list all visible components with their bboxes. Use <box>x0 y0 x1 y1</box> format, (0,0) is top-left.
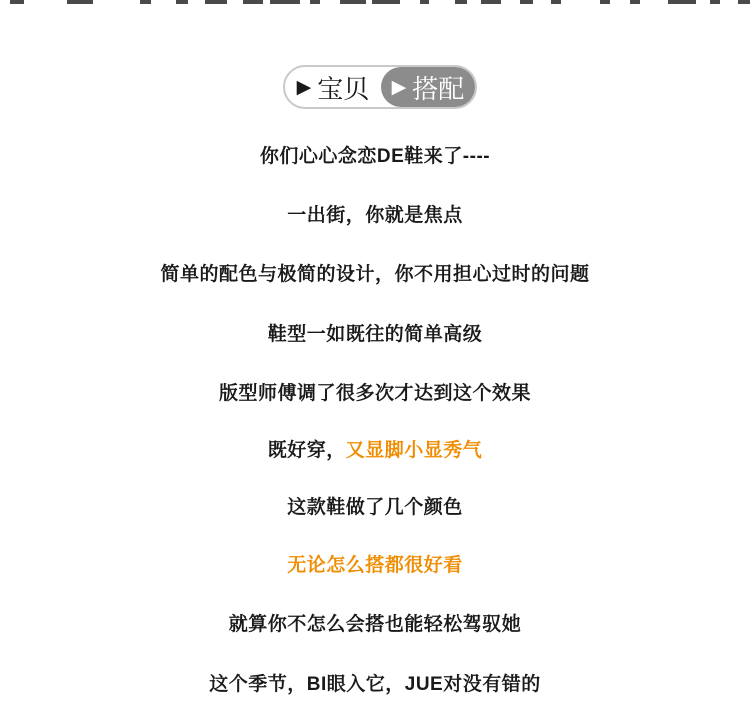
promo-line-2: 一出街，你就是焦点 <box>0 204 750 228</box>
crop-mark <box>67 0 93 4</box>
crop-mark <box>176 0 188 4</box>
promo-line-4: 鞋型一如既往的简单高级 <box>0 323 750 347</box>
crop-mark <box>551 0 561 4</box>
crop-mark <box>630 0 640 4</box>
crop-mark <box>310 0 320 4</box>
tab-dapei-label: 搭配 <box>412 69 464 106</box>
tab-baobei-label: 宝贝 <box>317 69 369 106</box>
crop-mark <box>668 0 696 4</box>
crop-mark <box>420 0 429 4</box>
crop-mark <box>481 0 501 4</box>
promo-line-7: 这款鞋做了几个颜色 <box>0 496 750 520</box>
promo-line-6: 既好穿，又显脚小显秀气 <box>0 439 750 463</box>
crop-mark <box>710 0 720 4</box>
crop-mark <box>600 0 610 4</box>
product-detail-tab-bar: ▶ 宝贝 ▶ 搭配 <box>283 65 477 109</box>
crop-mark <box>205 0 227 4</box>
promo-line-8: 无论怎么搭都很好看 <box>0 554 750 578</box>
crop-mark <box>243 0 263 4</box>
tab-dapei[interactable]: ▶ 搭配 <box>381 67 475 107</box>
crop-mark <box>455 0 467 4</box>
crop-mark <box>140 0 151 4</box>
crop-mark <box>340 0 366 4</box>
promo-line-9: 就算你不怎么会搭也能轻松驾驭她 <box>0 613 750 637</box>
promo-line-1: 你们心心念恋DE鞋来了---- <box>0 145 750 169</box>
crop-mark <box>270 0 300 4</box>
crop-mark <box>372 0 400 4</box>
cropped-text-remnant-strip <box>0 0 750 5</box>
play-icon: ▶ <box>297 78 312 97</box>
play-icon: ▶ <box>392 78 407 97</box>
crop-mark <box>10 0 24 4</box>
tab-baobei[interactable]: ▶ 宝贝 <box>285 67 381 107</box>
promo-line-10: 这个季节，BI眼入它，JUE对没有错的 <box>0 673 750 697</box>
promo-line-3: 简单的配色与极简的设计，你不用担心过时的问题 <box>0 263 750 287</box>
promo-line-5: 版型师傅调了很多次才达到这个效果 <box>0 382 750 406</box>
promo-line-6-black-segment: 既好穿， <box>268 440 346 461</box>
crop-mark <box>520 0 533 4</box>
promo-line-6-orange-segment: 又显脚小显秀气 <box>346 440 483 461</box>
crop-mark <box>738 0 750 4</box>
